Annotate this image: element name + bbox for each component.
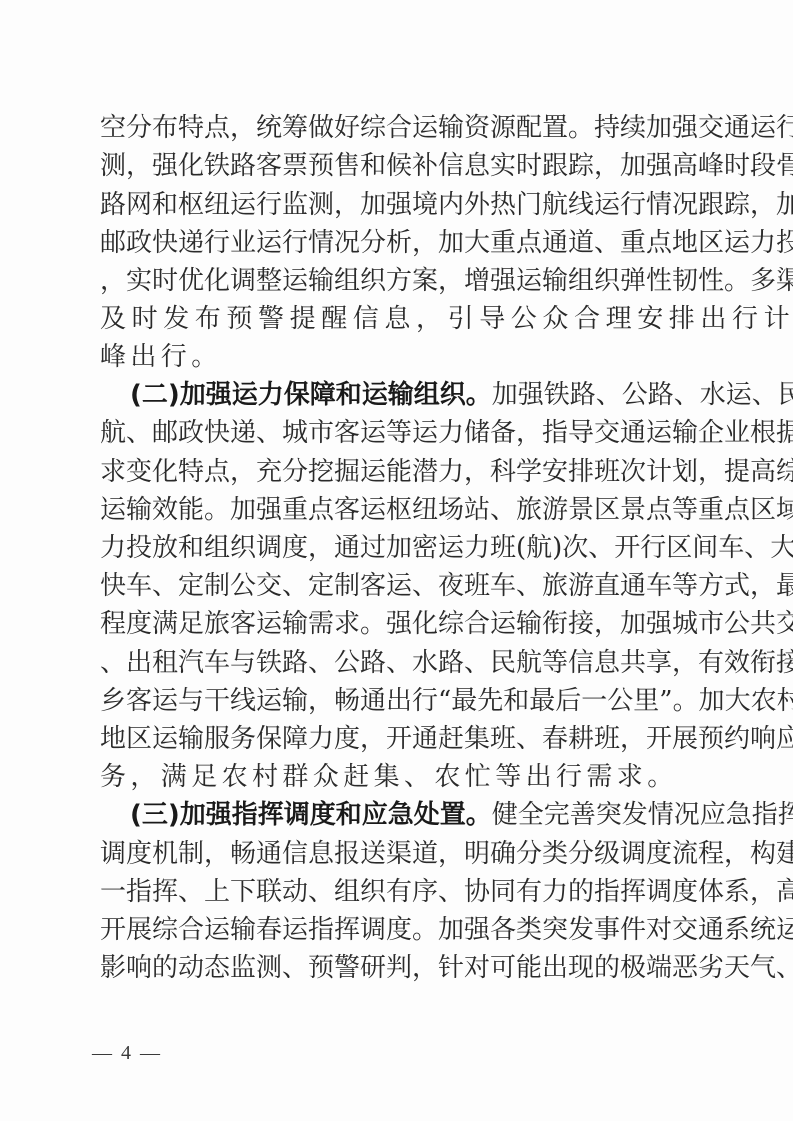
- text-line: 求变化特点，充分挖掘运能潜力，科学安排班次计划，提高综合: [100, 453, 680, 491]
- text-line: 力投放和组织调度，通过加密运力班(航)次、开行区间车、大站: [100, 529, 680, 567]
- text-line: 影响的动态监测、预警研判，针对可能出现的极端恶劣天气、超: [100, 949, 680, 987]
- text-line: 测，强化铁路客票预售和候补信息实时跟踪，加强高峰时段骨干: [100, 147, 680, 185]
- text-line: 务，满足农村群众赶集、农忙等出行需求。: [100, 758, 680, 796]
- text-line: 调度机制，畅通信息报送渠道，明确分类分级调度流程，构建统: [100, 835, 680, 873]
- text-line: 一指挥、上下联动、组织有序、协同有力的指挥调度体系，高效: [100, 873, 680, 911]
- text-line: 开展综合运输春运指挥调度。加强各类突发事件对交通系统运行: [100, 911, 680, 949]
- text-line: 、出租汽车与铁路、公路、水路、民航等信息共享，有效衔接城: [100, 644, 680, 682]
- document-page: 空分布特点，统筹做好综合运输资源配置。持续加强交通运行监 测，强化铁路客票预售和…: [0, 0, 793, 1121]
- text-line: (二)加强运力保障和运输组织。加强铁路、公路、水运、民: [130, 376, 680, 414]
- text-line: 程度满足旅客运输需求。强化综合运输衔接，加强城市公共交通: [100, 605, 680, 643]
- text-line: 空分布特点，统筹做好综合运输资源配置。持续加强交通运行监: [100, 109, 680, 147]
- text-line: 峰出行。: [100, 338, 680, 376]
- text-run: 健全完善突发情况应急指挥: [492, 800, 793, 830]
- text-line: 邮政快递行业运行情况分析，加大重点通道、重点地区运力投放: [100, 224, 680, 262]
- page-number: — 4 —: [92, 1040, 162, 1066]
- text-line: 运输效能。加强重点客运枢纽场站、旅游景区景点等重点区域运: [100, 491, 680, 529]
- section-heading: (二)加强运力保障和运输组织。: [130, 380, 492, 410]
- text-line: 快车、定制公交、定制客运、夜班车、旅游直通车等方式，最大: [100, 567, 680, 605]
- text-run: 加强铁路、公路、水运、民: [492, 380, 793, 410]
- text-line: 乡客运与干线运输，畅通出行“最先和最后一公里”。加大农村: [100, 682, 680, 720]
- text-line: 地区运输服务保障力度，开通赶集班、春耕班，开展预约响应服: [100, 720, 680, 758]
- text-line: 路网和枢纽运行监测，加强境内外热门航线运行情况跟踪，加强: [100, 186, 680, 224]
- section-heading: (三)加强指挥调度和应急处置。: [130, 800, 492, 830]
- text-line: 及时发布预警提醒信息，引导公众合理安排出行计划，错峰避: [100, 300, 680, 338]
- text-line: 航、邮政快递、城市客运等运力储备，指导交通运输企业根据需: [100, 414, 680, 452]
- text-line: ，实时优化调整运输组织方案，增强运输组织弹性韧性。多渠道: [100, 262, 680, 300]
- text-line: (三)加强指挥调度和应急处置。健全完善突发情况应急指挥: [130, 796, 680, 834]
